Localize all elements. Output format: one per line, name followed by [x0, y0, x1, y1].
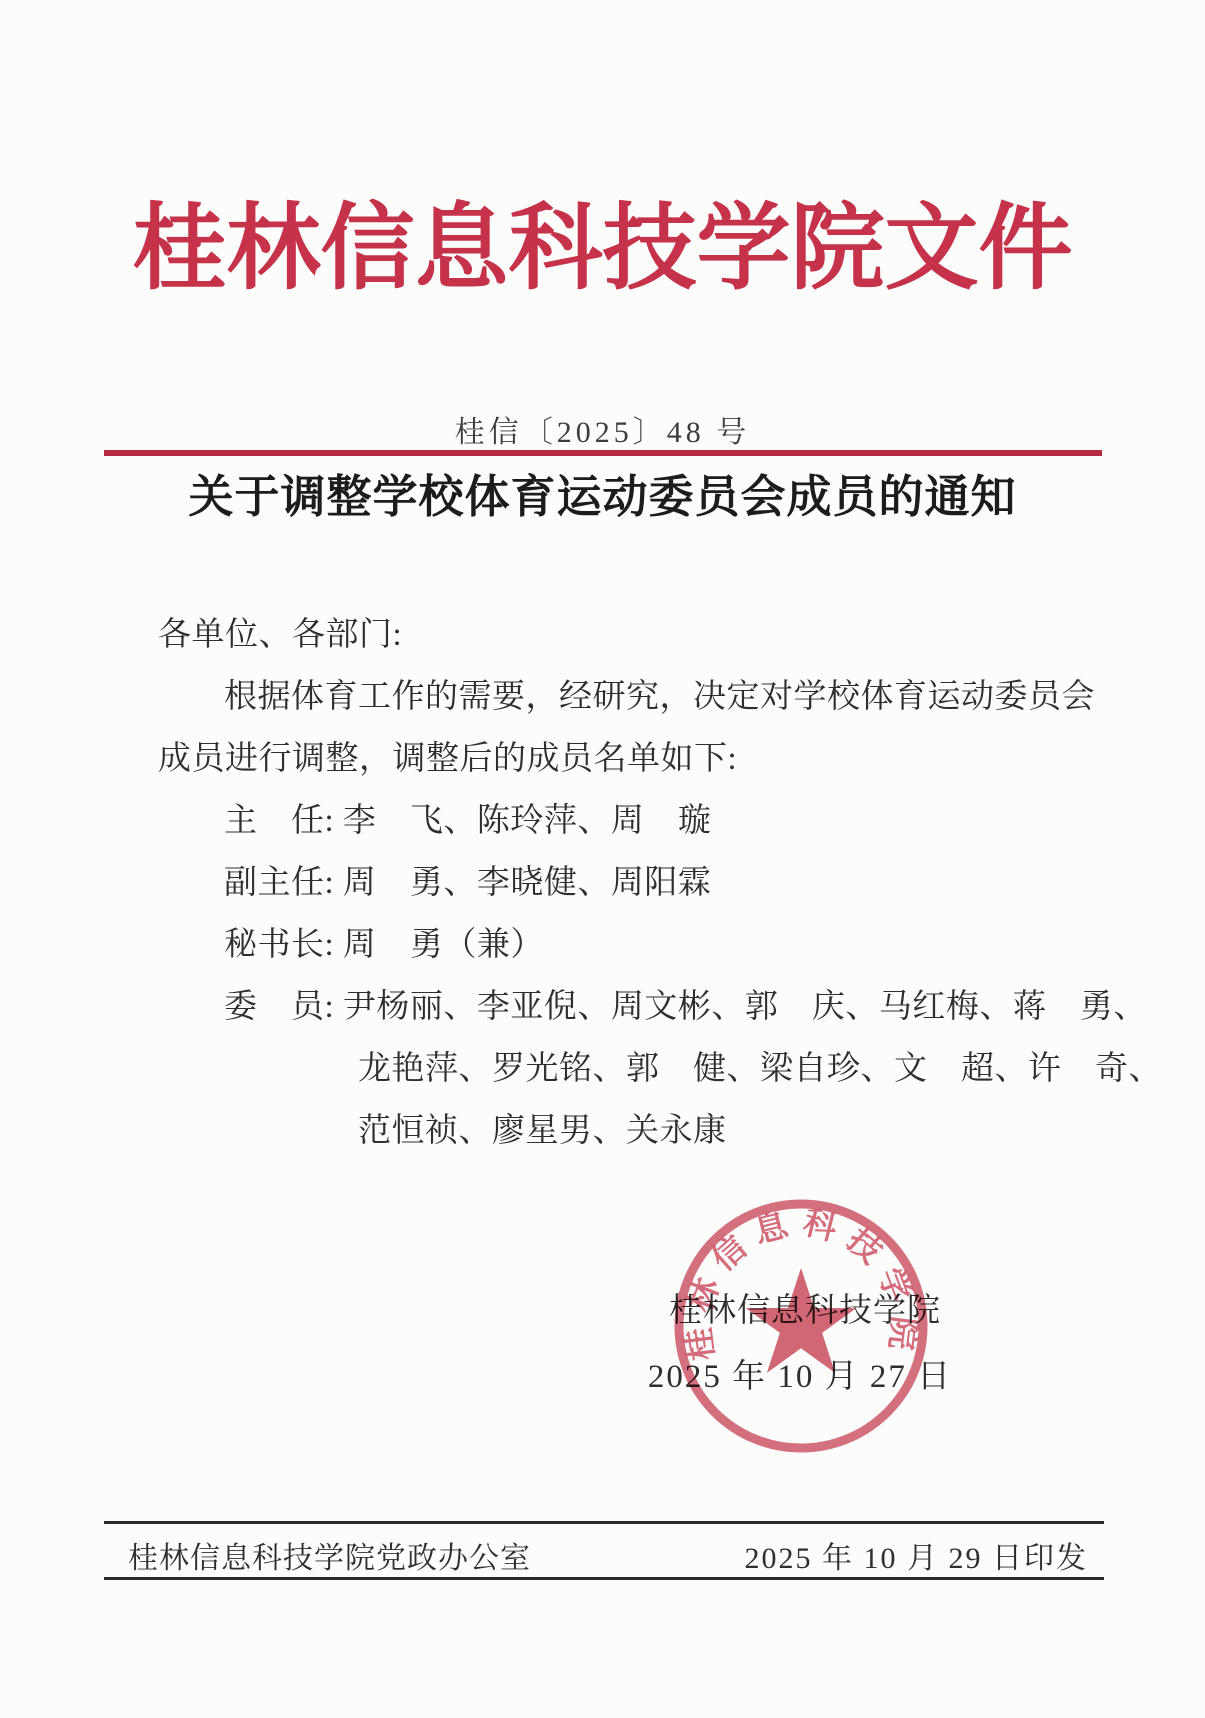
star-icon: [746, 1268, 856, 1373]
roster-line-members-1: 委 员: 尹杨丽、李亚倪、周文彬、郭 庆、马红梅、蒋 勇、: [158, 976, 1108, 1038]
footer-bottom-rule: [104, 1577, 1104, 1580]
red-divider-rule: [104, 450, 1102, 456]
document-page: 桂林信息科技学院文件 桂信〔2025〕48 号 关于调整学校体育运动委员会成员的…: [0, 0, 1205, 1718]
roster-line-members-3: 范恒祯、廖星男、关永康: [158, 1100, 1108, 1162]
roster-line-secretary: 秘书长: 周 勇（兼）: [158, 914, 1108, 976]
footer-row: 桂林信息科技学院党政办公室 2025 年 10 月 29 日印发: [104, 1533, 1104, 1577]
footer-print-date: 2025 年 10 月 29 日印发: [745, 1533, 1105, 1577]
document-title: 关于调整学校体育运动委员会成员的通知: [0, 460, 1205, 525]
doc-number: 桂信〔2025〕48 号: [0, 407, 1205, 451]
masthead-title: 桂林信息科技学院文件: [0, 172, 1205, 307]
roster-line-deputy: 副主任: 周 勇、李晓健、周阳霖: [158, 852, 1108, 914]
footer-issuer: 桂林信息科技学院党政办公室: [104, 1533, 531, 1577]
roster-line-members-2: 龙艳萍、罗光铭、郭 健、梁自珍、文 超、许 奇、: [158, 1038, 1108, 1100]
salutation-line: 各单位、各部门:: [158, 604, 1108, 666]
footer-top-rule: [104, 1521, 1104, 1524]
paragraph-line: 成员进行调整，调整后的成员名单如下:: [158, 728, 1108, 790]
paragraph-line: 根据体育工作的需要，经研究，决定对学校体育运动委员会: [158, 666, 1108, 728]
document-body: 各单位、各部门: 根据体育工作的需要，经研究，决定对学校体育运动委员会 成员进行…: [158, 604, 1108, 1162]
roster-line-director: 主 任: 李 飞、陈玲萍、周 璇: [158, 790, 1108, 852]
official-seal: 桂林信息科技学院: [666, 1191, 936, 1461]
